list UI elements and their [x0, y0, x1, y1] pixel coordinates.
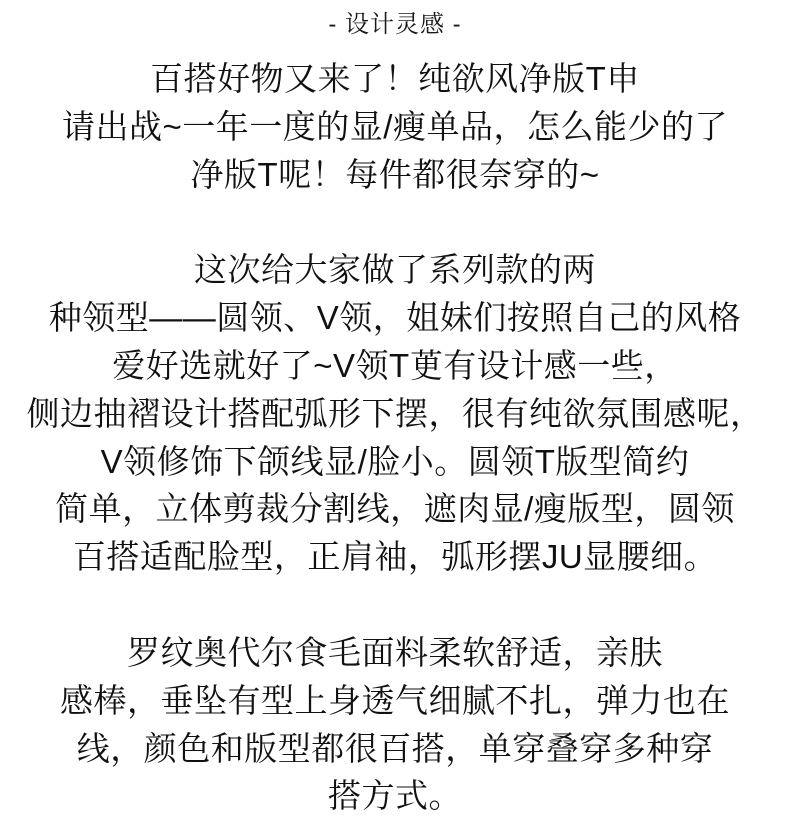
collar-styles-paragraph: 这次给大家做了系列款的两 种领型——圆领、V领，姐妹们按照自己的风格 爱好选就好…: [0, 246, 790, 581]
section-title: - 设计灵感 -: [0, 8, 790, 42]
intro-paragraph: 百搭好物又来了！纯欲风净版T申 请出战~一年一度的显/瘦单品，怎么能少的了 净版…: [0, 55, 790, 198]
fabric-paragraph: 罗纹奥代尔食毛面料柔软舒适，亲肤 感棒，垂坠有型上身透气细腻不扎，弹力也在 线，…: [0, 629, 790, 820]
design-inspiration-page: - 设计灵感 - 百搭好物又来了！纯欲风净版T申 请出战~一年一度的显/瘦单品，…: [0, 0, 790, 835]
